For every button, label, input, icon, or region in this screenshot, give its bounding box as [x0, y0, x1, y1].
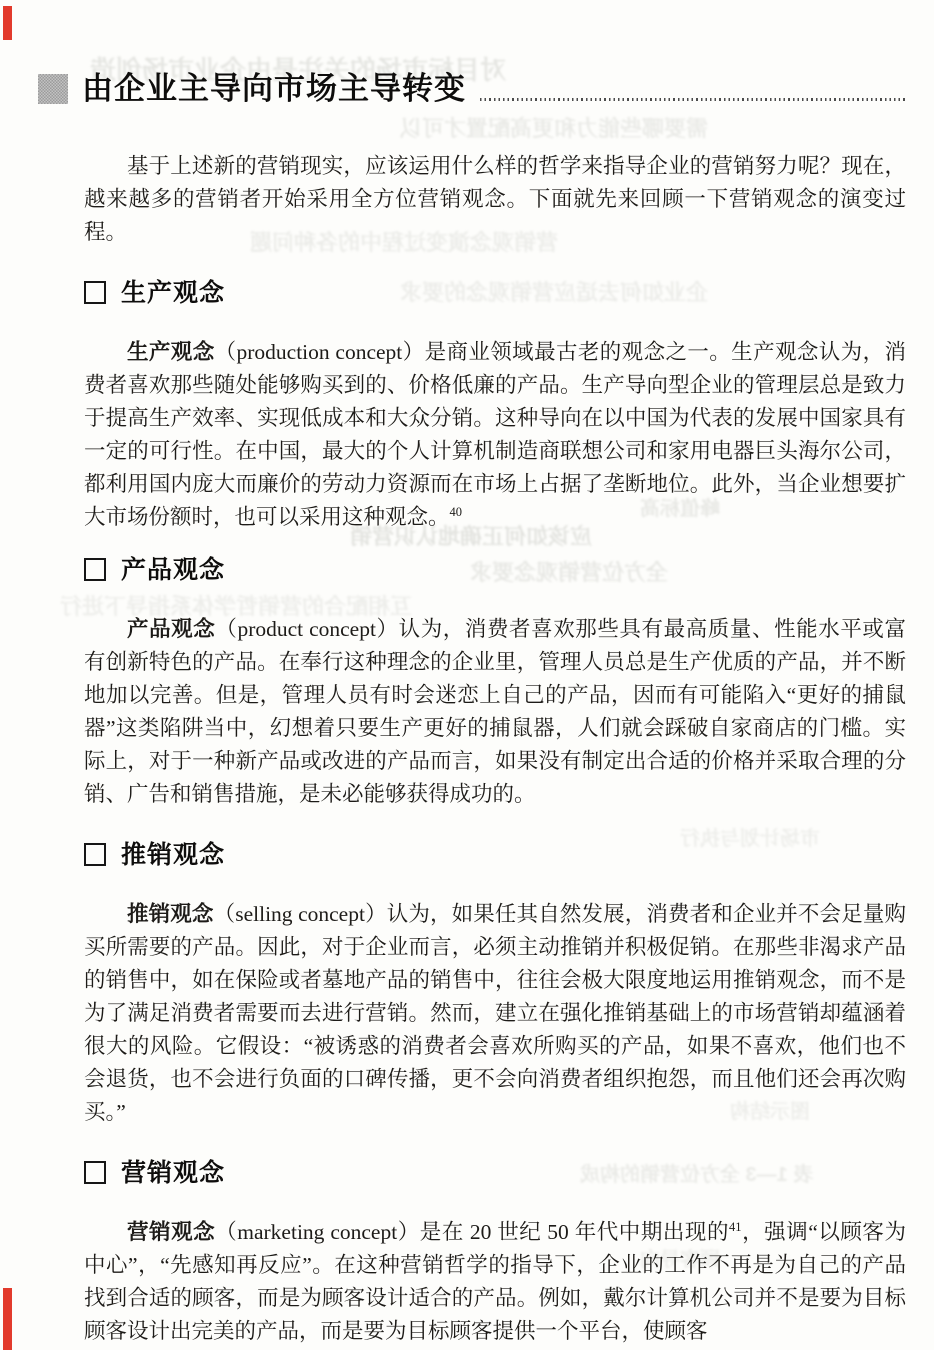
term-product: 产品观念: [127, 617, 215, 641]
section-heading-marketing: 营销观念: [84, 1153, 906, 1189]
paragraph-product: 产品观念（product concept）认为，消费者喜欢那些具有最高质量、性能…: [84, 613, 906, 811]
header-square-icon: [38, 74, 68, 104]
paragraph-production: 生产观念（production concept）是商业领域最古老的观念之一。生产…: [84, 336, 906, 534]
term-production: 生产观念: [127, 340, 215, 364]
paragraph-text: （product concept）认为，消费者喜欢那些具有最高质量、性能水平或富…: [84, 617, 906, 806]
chapter-header: 由企业主导向市场主导转变: [38, 72, 908, 106]
paragraph-text: （selling concept）认为，如果任其自然发展，消费者和企业并不会足量…: [84, 902, 906, 1124]
open-square-icon: [84, 1161, 106, 1184]
paragraph-text: （marketing concept）是在 20 世纪 50 年代中期出现的: [215, 1220, 729, 1244]
section-heading-label: 推销观念: [121, 835, 225, 871]
paragraph-text: （production concept）是商业领域最古老的观念之一。生产观念认为…: [84, 340, 906, 529]
section-heading-label: 生产观念: [121, 273, 225, 309]
open-square-icon: [84, 558, 106, 581]
footnote-ref-41: 41: [729, 1220, 742, 1234]
book-page: 对目标市场的关注是由企业市场创造需要哪些能力和更高配置才可以营销观念演变过程中的…: [0, 0, 934, 1350]
section-heading-selling: 推销观念: [84, 835, 906, 871]
paragraph-marketing: 营销观念（marketing concept）是在 20 世纪 50 年代中期出…: [84, 1216, 906, 1348]
open-square-icon: [84, 843, 106, 866]
page-title: 由企业主导向市场主导转变: [82, 72, 466, 106]
footnote-ref-40: 40: [450, 505, 463, 519]
section-heading-label: 产品观念: [121, 550, 225, 586]
open-square-icon: [84, 281, 106, 304]
section-heading-product: 产品观念: [84, 550, 906, 586]
page-content: 由企业主导向市场主导转变 基于上述新的营销现实，应该运用什么样的哲学来指导企业的…: [0, 72, 934, 1348]
intro-paragraph: 基于上述新的营销现实，应该运用什么样的哲学来指导企业的营销努力呢？现在，越来越多…: [84, 150, 906, 249]
paragraph-selling: 推销观念（selling concept）认为，如果任其自然发展，消费者和企业并…: [84, 898, 906, 1129]
red-edge-mark-top: [3, 6, 12, 40]
section-heading-production: 生产观念: [84, 273, 906, 309]
term-selling: 推销观念: [127, 902, 214, 926]
dotted-rule: [480, 98, 908, 101]
section-heading-label: 营销观念: [121, 1153, 225, 1189]
term-marketing: 营销观念: [127, 1220, 215, 1244]
body-column: 基于上述新的营销现实，应该运用什么样的哲学来指导企业的营销努力呢？现在，越来越多…: [84, 150, 906, 1348]
